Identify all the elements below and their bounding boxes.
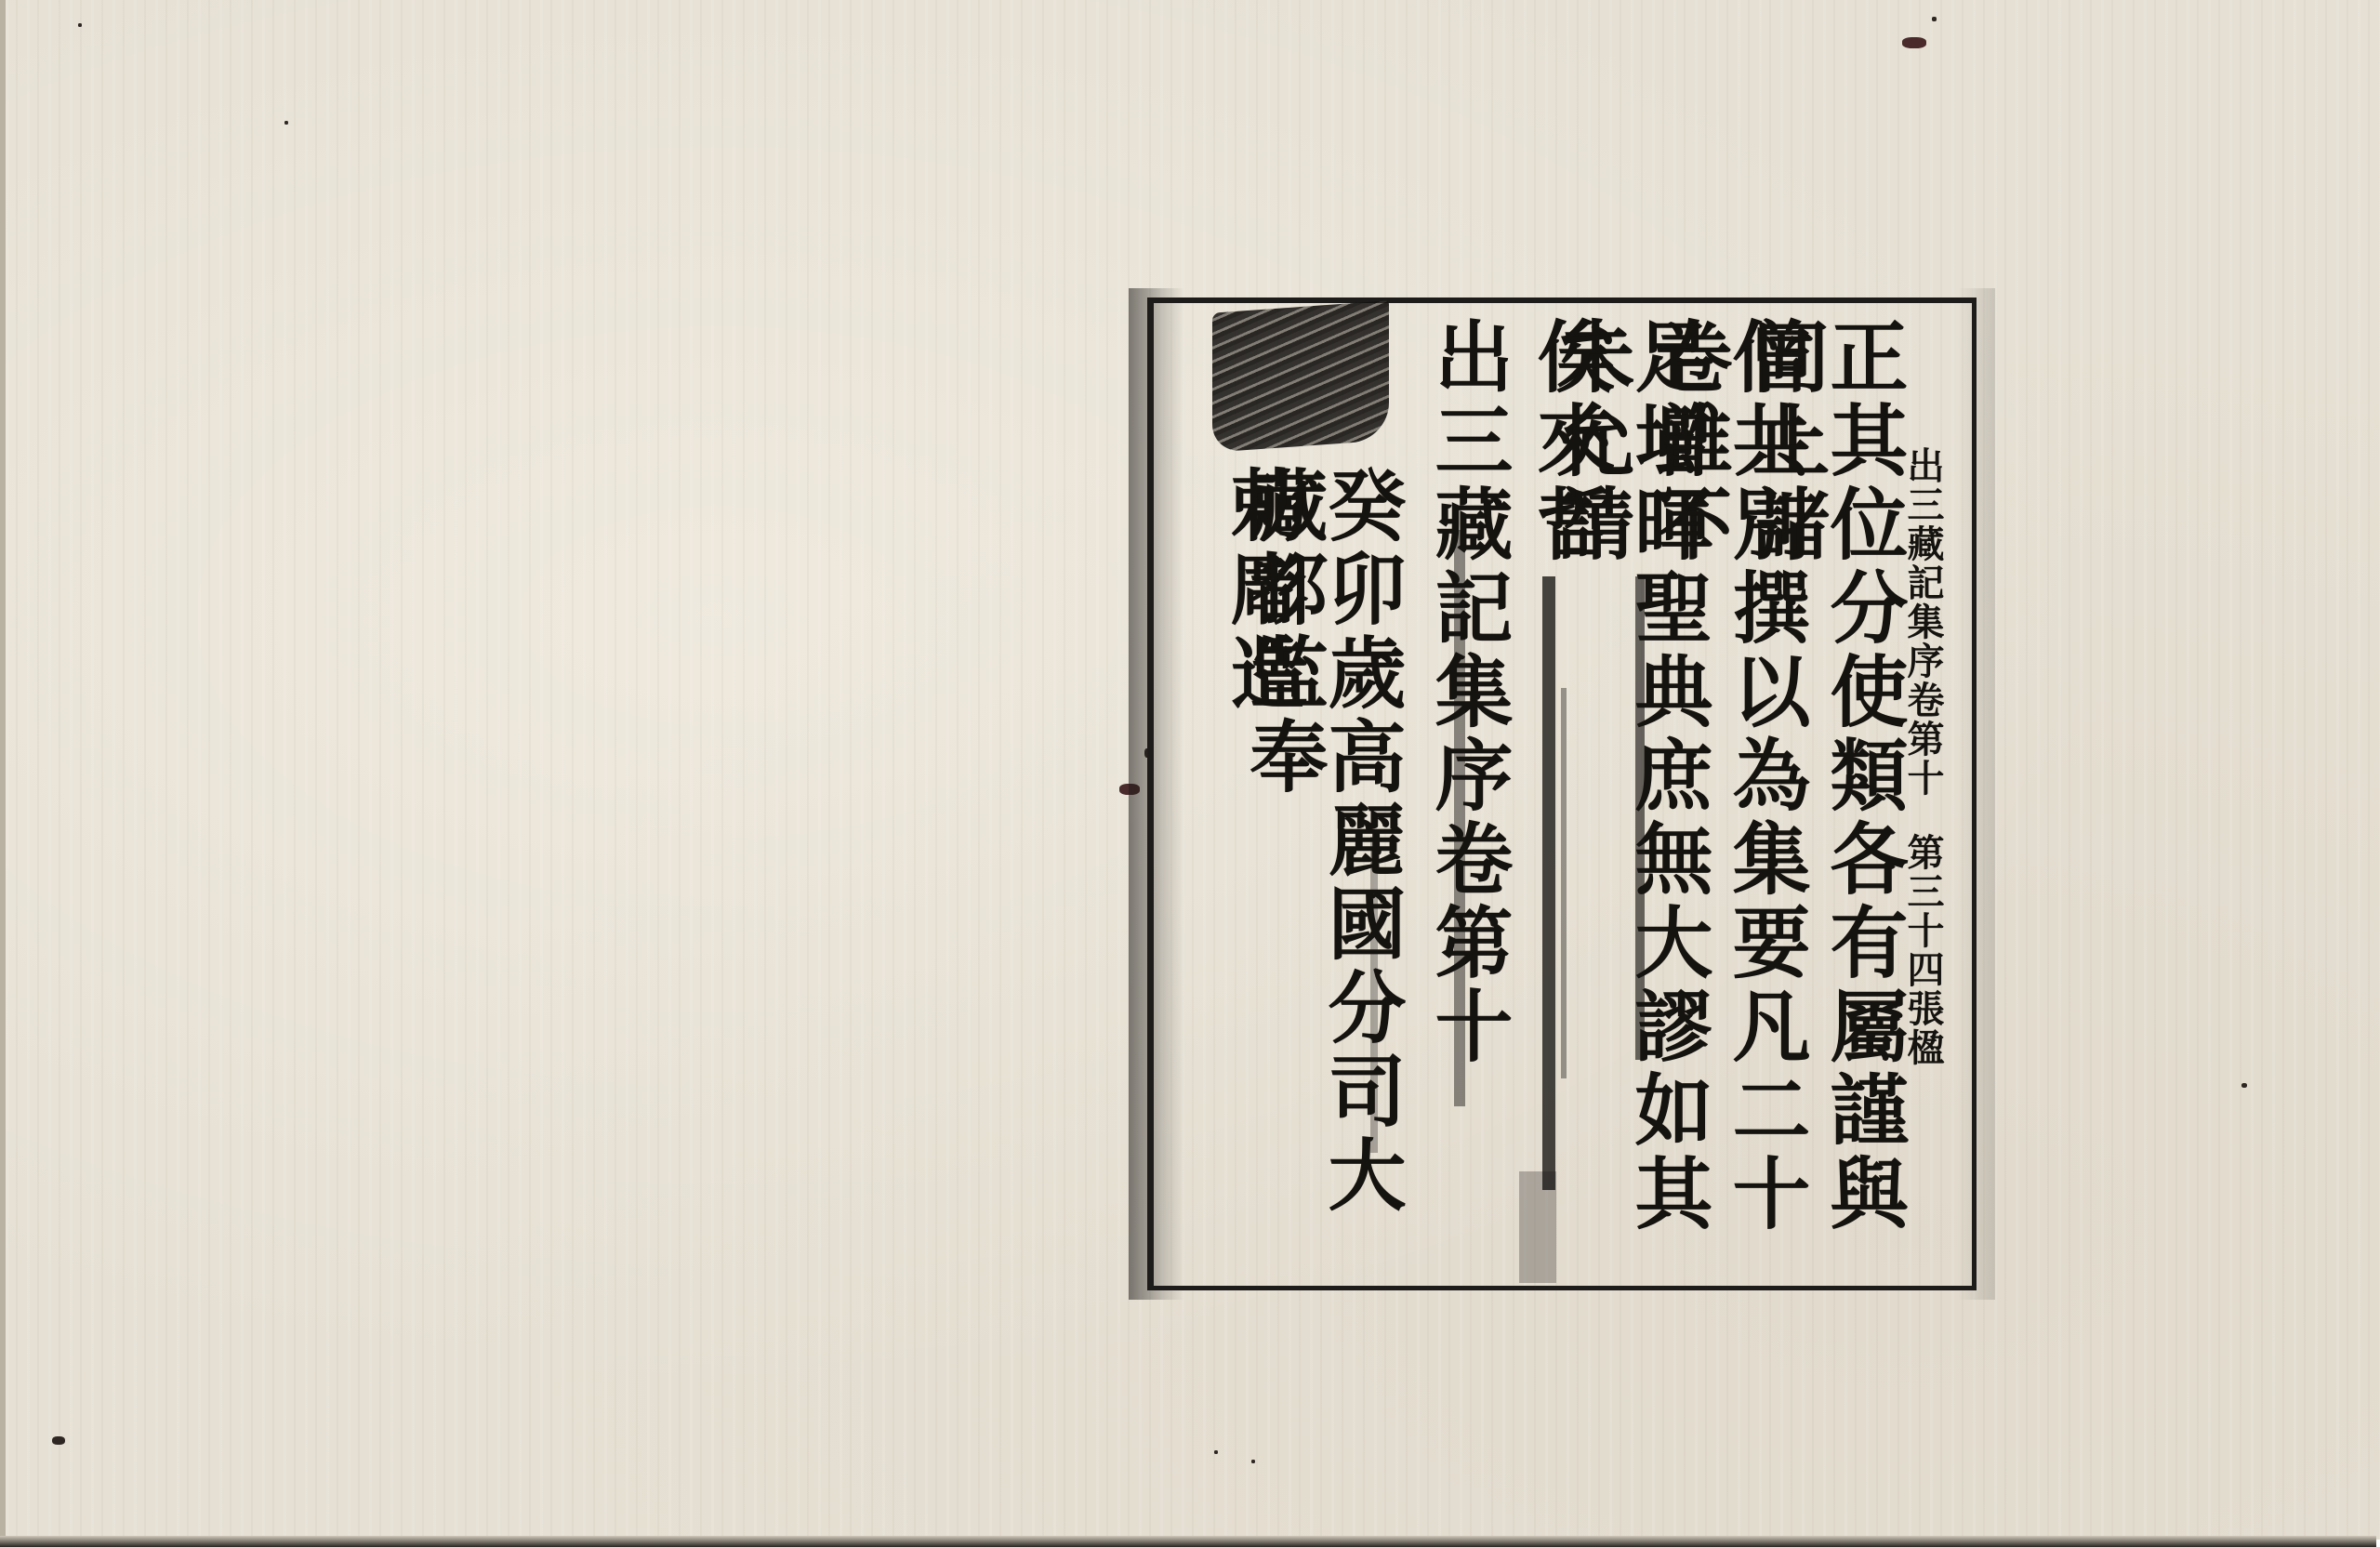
paper-speck bbox=[2241, 1083, 2247, 1088]
paper-speck bbox=[1902, 37, 1926, 48]
text-column-5-title: 出三藏記集序卷第十 bbox=[1429, 316, 1507, 1069]
ink-smudge bbox=[1212, 300, 1389, 452]
text-column-4: 俟來哲 bbox=[1531, 316, 1609, 567]
paper-page: 正其位分使類各有屬謹與同止諸 出三藏記集序卷第十第三十四張楹 僧共別撰以為集要凡… bbox=[0, 0, 2380, 1540]
margin-mark: 楹 bbox=[1901, 1028, 1945, 1067]
paper-speck bbox=[284, 121, 288, 125]
margin-page-number: 第三十四張 bbox=[1901, 833, 1945, 1028]
text-column-7-colophon: 勅彫造 bbox=[1224, 465, 1302, 716]
margin-title: 出三藏記集序卷第十 bbox=[1901, 446, 1945, 798]
paper-speck bbox=[1251, 1460, 1255, 1463]
paper-speck bbox=[52, 1436, 65, 1445]
page-bottom-edge bbox=[0, 1536, 2376, 1547]
woodblock-print-area: 正其位分使類各有屬謹與同止諸 出三藏記集序卷第十第三十四張楹 僧共別撰以為集要凡… bbox=[1147, 297, 1977, 1290]
paper-speck bbox=[1214, 1450, 1218, 1454]
paper-speck bbox=[1932, 17, 1937, 21]
margin-title-column: 出三藏記集序卷第十第三十四張楹 bbox=[1904, 446, 1941, 1067]
paper-speck bbox=[78, 23, 82, 27]
